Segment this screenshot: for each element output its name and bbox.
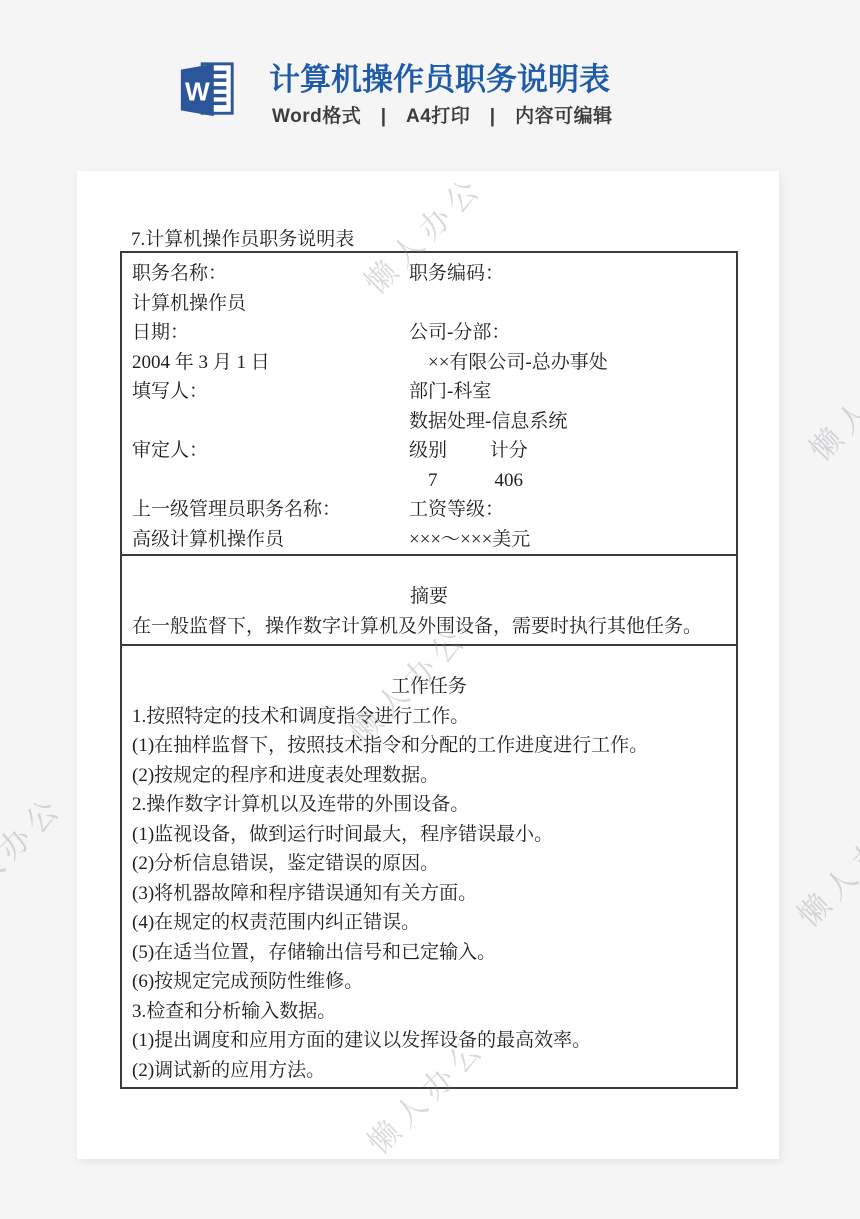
info-line <box>132 407 409 437</box>
info-column-right: 职务编码： 公司-分部： ××有限公司-总办事处 部门-科室 数据处理-信息系统… <box>409 259 726 554</box>
info-line: 填写人： <box>132 377 409 407</box>
page-title: 计算机操作员职务说明表 <box>269 54 610 99</box>
document-preview-sheet: 7.计算机操作员职务说明表 职务名称： 计算机操作员 日期： 2004 年 3 … <box>77 171 779 1159</box>
info-line: 级别 计分 <box>409 436 726 466</box>
info-line: 2004 年 3 月 1 日 <box>132 348 409 378</box>
word-icon-svg: W <box>176 58 238 122</box>
task-line: (4)在规定的权责范围内纠正错误。 <box>132 908 726 938</box>
task-line: (1)提出调度和应用方面的建议以发挥设备的最高效率。 <box>132 1026 726 1056</box>
info-line: ××有限公司-总办事处 <box>409 348 726 378</box>
info-line: 日期： <box>132 318 409 348</box>
task-line: 2.操作数字计算机以及连带的外围设备。 <box>132 790 726 820</box>
page-subtitle: Word格式 | A4打印 | 内容可编辑 <box>272 101 613 128</box>
table-row-summary: 摘要 在一般监督下，操作数字计算机及外围设备，需要时执行其他任务。 <box>122 554 736 644</box>
word-icon: W <box>176 58 238 122</box>
task-line: 3.检查和分析输入数据。 <box>132 997 726 1027</box>
word-icon-letter: W <box>185 77 210 107</box>
info-line: 7 406 <box>409 466 726 496</box>
summary-title: 摘要 <box>132 582 726 612</box>
info-line <box>132 466 409 496</box>
info-line: 上一级管理员职务名称： <box>132 495 409 525</box>
info-line: 公司-分部： <box>409 318 726 348</box>
summary-text: 在一般监督下，操作数字计算机及外围设备，需要时执行其他任务。 <box>132 612 726 642</box>
task-line: (2)调试新的应用方法。 <box>132 1056 726 1086</box>
info-line <box>409 289 726 319</box>
task-line: (1)在抽样监督下，按照技术指令和分配的工作进度进行工作。 <box>132 731 726 761</box>
info-line: 工资等级： <box>409 495 726 525</box>
task-line: (3)将机器故障和程序错误通知有关方面。 <box>132 879 726 909</box>
info-line: 职务编码： <box>409 259 726 289</box>
info-line: 计算机操作员 <box>132 289 409 319</box>
task-line: (1)监视设备，做到运行时间最大，程序错误最小。 <box>132 820 726 850</box>
info-column-left: 职务名称： 计算机操作员 日期： 2004 年 3 月 1 日 填写人： 审定人… <box>132 259 409 554</box>
info-line: 职务名称： <box>132 259 409 289</box>
info-line: 数据处理-信息系统 <box>409 407 726 437</box>
job-description-table: 职务名称： 计算机操作员 日期： 2004 年 3 月 1 日 填写人： 审定人… <box>120 251 738 1089</box>
info-line: 部门-科室 <box>409 377 726 407</box>
task-line: (5)在适当位置，存储输出信号和已定输入。 <box>132 938 726 968</box>
info-line: 审定人： <box>132 436 409 466</box>
task-line: (2)分析信息错误，鉴定错误的原因。 <box>132 849 726 879</box>
table-row-tasks: 工作任务 1.按照特定的技术和调度指令进行工作。 (1)在抽样监督下，按照技术指… <box>122 644 736 1087</box>
tasks-title: 工作任务 <box>132 672 726 702</box>
document-heading: 7.计算机操作员职务说明表 <box>131 224 354 251</box>
watermark-text: 懒人办公 <box>797 330 860 469</box>
table-row-info: 职务名称： 计算机操作员 日期： 2004 年 3 月 1 日 填写人： 审定人… <box>122 253 736 554</box>
task-line: (2)按规定的程序和进度表处理数据。 <box>132 761 726 791</box>
watermark-text: 懒人办公 <box>0 783 72 922</box>
info-line: 高级计算机操作员 <box>132 525 409 555</box>
task-line: (6)按规定完成预防性维修。 <box>132 967 726 997</box>
task-line: 1.按照特定的技术和调度指令进行工作。 <box>132 702 726 732</box>
info-line: ×××～×××美元 <box>409 525 726 555</box>
watermark-text: 懒人办公 <box>785 796 860 935</box>
